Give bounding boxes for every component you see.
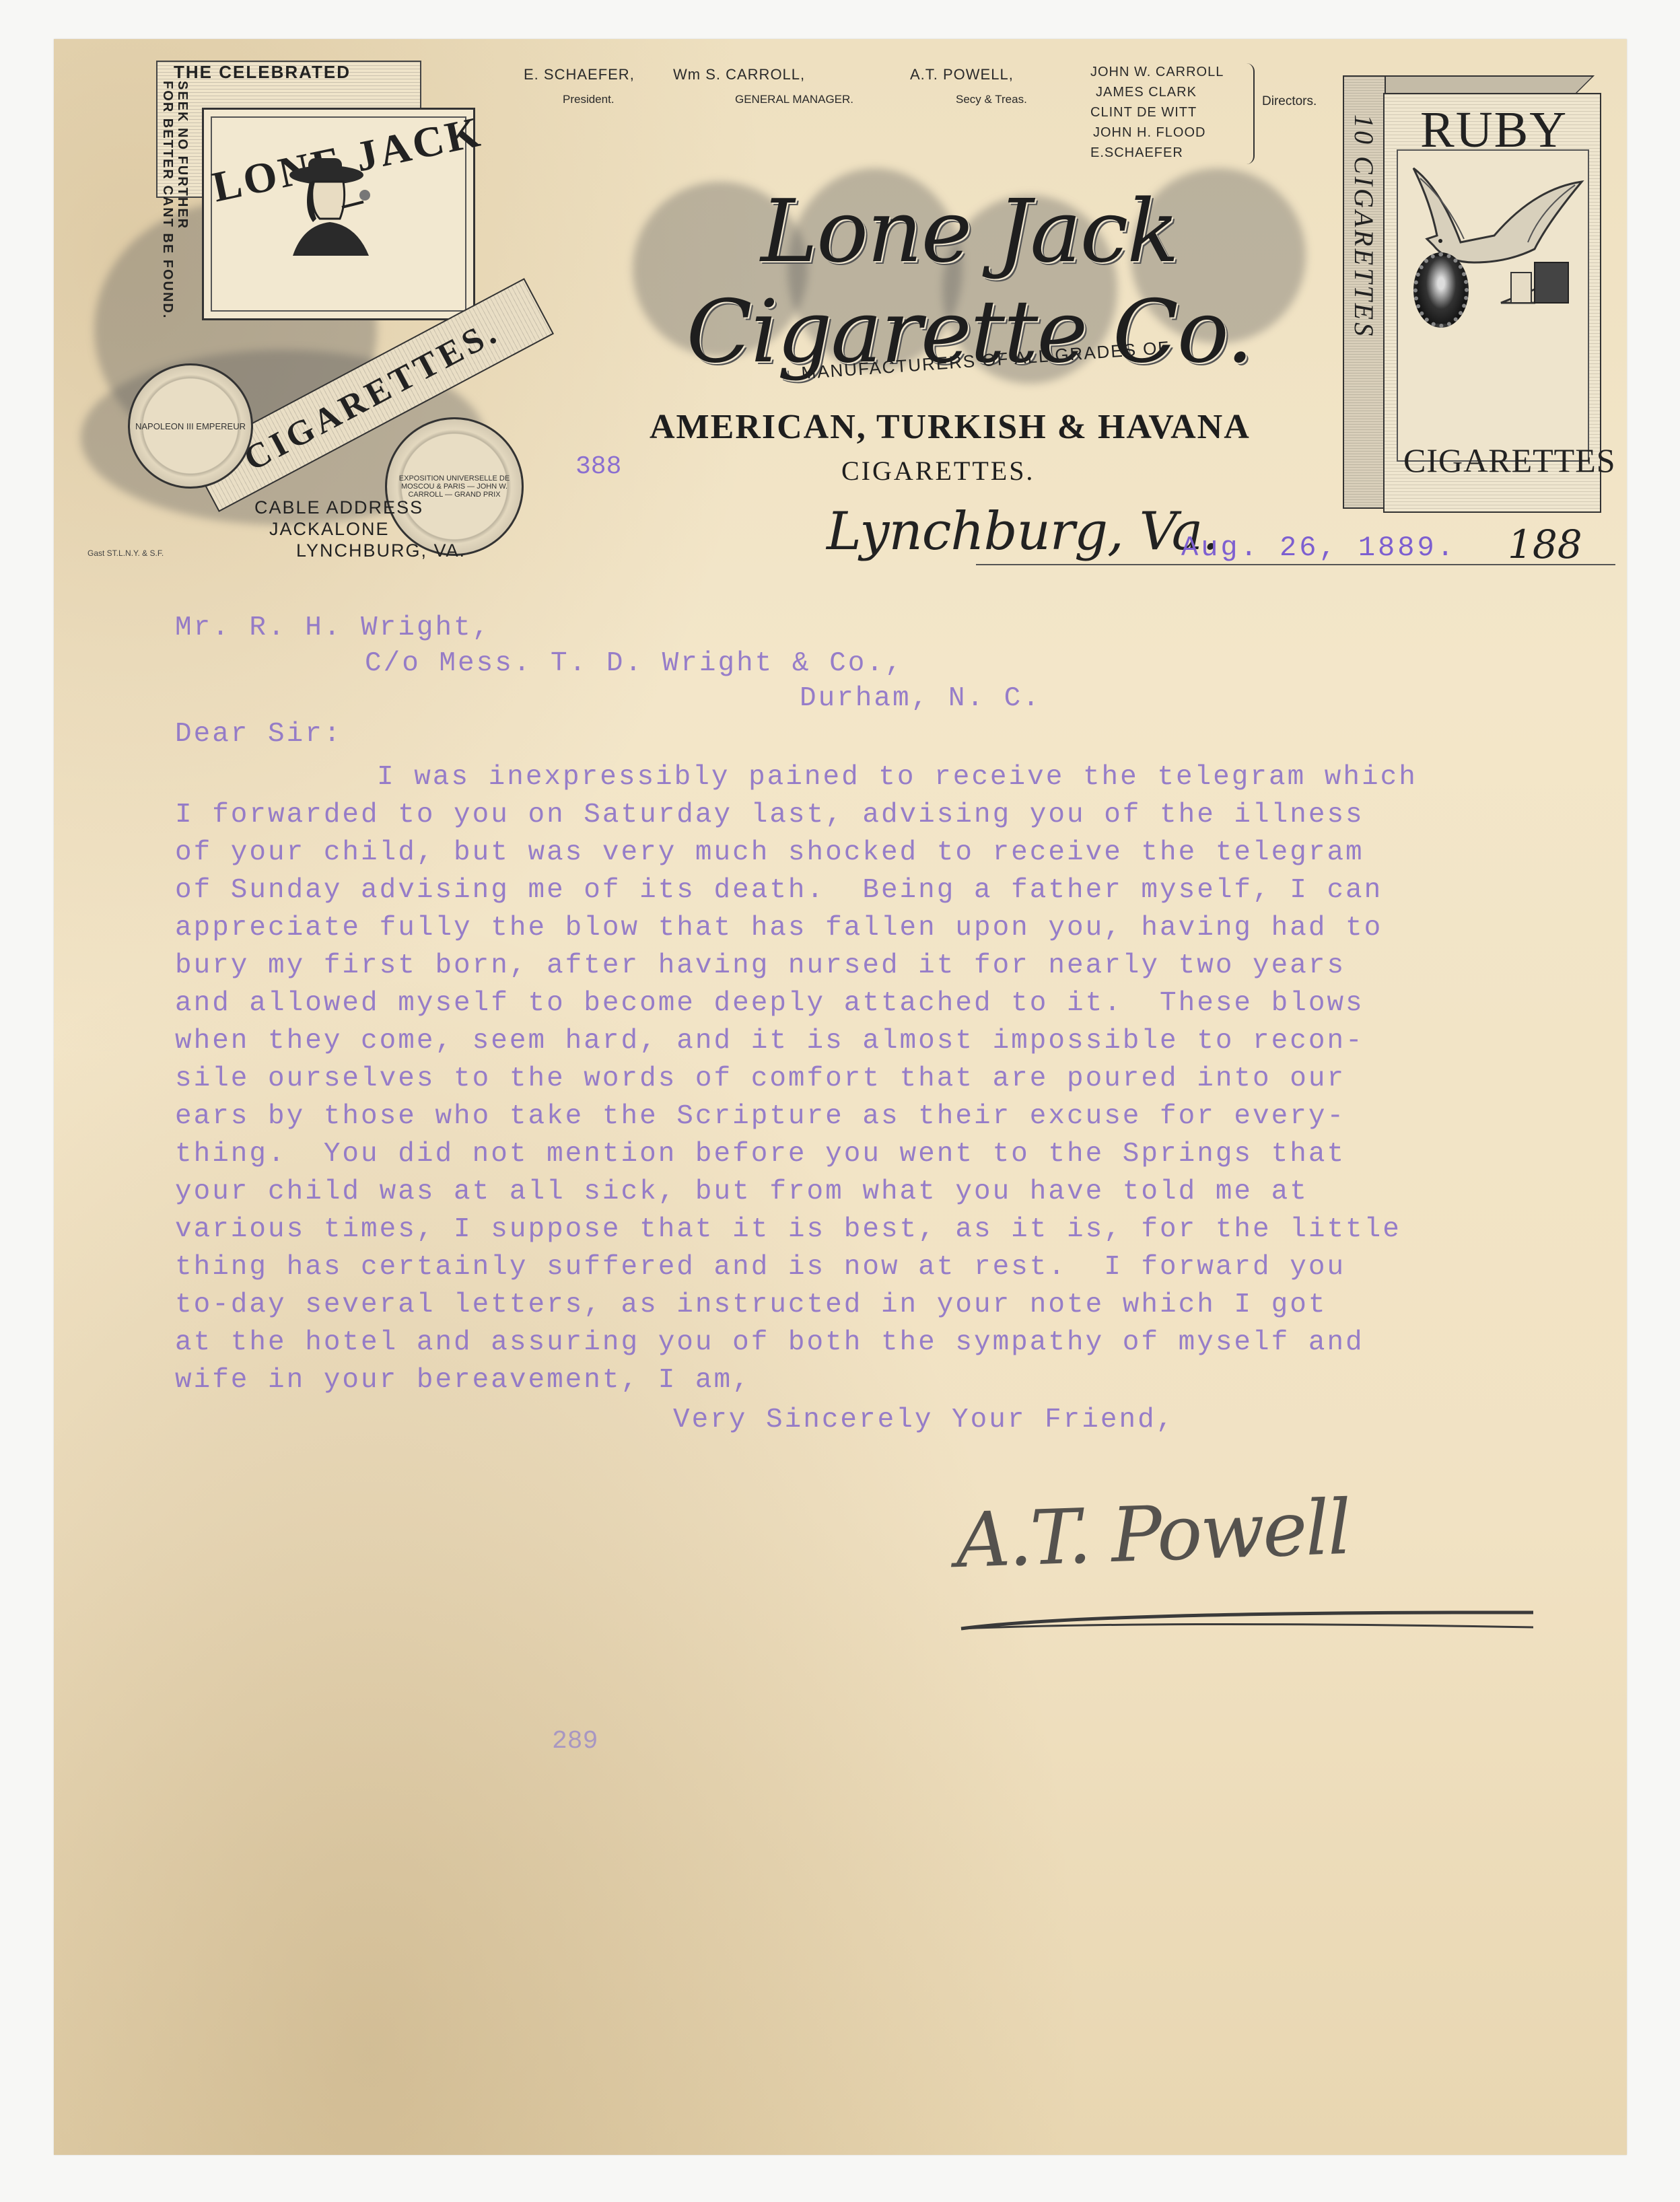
- box-cigarettes-text: CIGARETTES: [1403, 441, 1616, 480]
- exposition-medal: EXPOSITION UNIVERSELLE DE MOSCOU & PARIS…: [385, 417, 524, 556]
- ruby-brand: RUBY: [1420, 101, 1568, 159]
- officer-general-manager: Wm S. CARROLL, GENERAL MANAGER.: [673, 66, 853, 106]
- body-line: I was inexpressibly pained to receive th…: [377, 758, 1417, 796]
- signature: A.T. Powell: [954, 1484, 1351, 1585]
- box-side-text: 10 CIGARETTES: [1348, 114, 1380, 339]
- body-line: and allowed myself to become deeply atta…: [175, 985, 1364, 1022]
- napoleon-medal: NAPOLEON III EMPEREUR: [128, 363, 253, 489]
- body-line: of your child, but was very much shocked…: [175, 834, 1364, 872]
- products-heading: AMERICAN, TURKISH & HAVANA: [650, 407, 1251, 447]
- officer-title: Secy & Treas.: [956, 93, 1027, 106]
- cigarette-case-icon: [1494, 256, 1582, 316]
- dateline-year-prefix: 188: [1508, 522, 1582, 567]
- flag-side-text: SEEK NO FURTHER FOR BETTER CANT BE FOUND…: [160, 81, 190, 319]
- officer-title: GENERAL MANAGER.: [735, 93, 853, 106]
- flag-top-text: THE CELEBRATED: [174, 62, 351, 83]
- directors-label: Directors.: [1262, 94, 1317, 109]
- cable-address-code: JACKALONE: [269, 518, 390, 540]
- cable-address-label: CABLE ADDRESS: [254, 497, 423, 518]
- officer-name: A.T. POWELL,: [910, 66, 1027, 83]
- body-line: when they come, seem hard, and it is alm…: [175, 1022, 1364, 1060]
- officer-name: Wm S. CARROLL,: [673, 66, 853, 83]
- recipient-name: Mr. R. H. Wright,: [175, 609, 491, 647]
- ruby-gem-icon: [1413, 252, 1469, 328]
- file-number-stamp: 388: [575, 452, 621, 481]
- body-line: various times, I suppose that it is best…: [175, 1211, 1401, 1248]
- director-name: CLINT DE WITT: [1090, 102, 1224, 122]
- officer-title: President.: [563, 93, 635, 106]
- smoking-man-icon: [289, 155, 370, 256]
- recipient-care-of: C/o Mess. T. D. Wright & Co.,: [365, 645, 904, 682]
- printer-credit: Gast ST.L.N.Y. & S.F.: [87, 548, 164, 558]
- director-name: JOHN W. CARROLL: [1090, 62, 1224, 82]
- body-line: at the hotel and assuring you of both th…: [175, 1324, 1364, 1361]
- director-name: E.SCHAEFER: [1090, 143, 1224, 163]
- recipient-city: Durham, N. C.: [800, 680, 1041, 717]
- director-name: JAMES CLARK: [1090, 82, 1224, 102]
- signature-flourish: [954, 1608, 1533, 1635]
- body-line: your child was at all sick, but from wha…: [175, 1173, 1308, 1211]
- officer-name: E. SCHAEFER,: [524, 66, 635, 83]
- medal-text: NAPOLEON III EMPEREUR: [135, 421, 246, 431]
- body-line: bury my first born, after having nursed …: [175, 947, 1345, 985]
- dateline-place: Lynchburg, Va.: [827, 501, 1218, 562]
- body-line: I forwarded to you on Saturday last, adv…: [175, 796, 1364, 834]
- body-line: of Sunday advising me of its death. Bein…: [175, 872, 1382, 909]
- cable-address-city: LYNCHBURG, VA.: [296, 540, 466, 561]
- bottom-number-stamp: 289: [552, 1727, 598, 1756]
- flag-side-line: FOR BETTER CANT BE FOUND.: [160, 81, 175, 319]
- body-line: appreciate fully the blow that has falle…: [175, 909, 1382, 947]
- director-name: JOHN H. FLOOD: [1090, 122, 1224, 143]
- officer-secretary-treasurer: A.T. POWELL, Secy & Treas.: [910, 66, 1027, 106]
- medal-text: EXPOSITION UNIVERSELLE DE MOSCOU & PARIS…: [387, 474, 522, 499]
- body-line: sile ourselves to the words of comfort t…: [175, 1060, 1345, 1098]
- officer-president: E. SCHAEFER, President.: [524, 66, 635, 106]
- body-line: ears by those who take the Scripture as …: [175, 1098, 1345, 1135]
- closing: Very Sincerely Your Friend,: [673, 1401, 1175, 1439]
- body-line: to-day several letters, as instructed in…: [175, 1286, 1327, 1324]
- body-line: thing. You did not mention before you we…: [175, 1135, 1345, 1173]
- directors-list: JOHN W. CARROLL JAMES CLARK CLINT DE WIT…: [1090, 62, 1224, 163]
- flag-side-line: SEEK NO FURTHER: [175, 81, 190, 229]
- salutation: Dear Sir:: [175, 715, 342, 753]
- body-line: wife in your bereavement, I am,: [175, 1361, 751, 1399]
- products-subheading: CIGARETTES.: [841, 455, 1035, 487]
- body-line: thing has certainly suffered and is now …: [175, 1248, 1345, 1286]
- directors-brace: [1247, 63, 1255, 164]
- letter-date: Aug. 26, 1889.: [1181, 532, 1457, 564]
